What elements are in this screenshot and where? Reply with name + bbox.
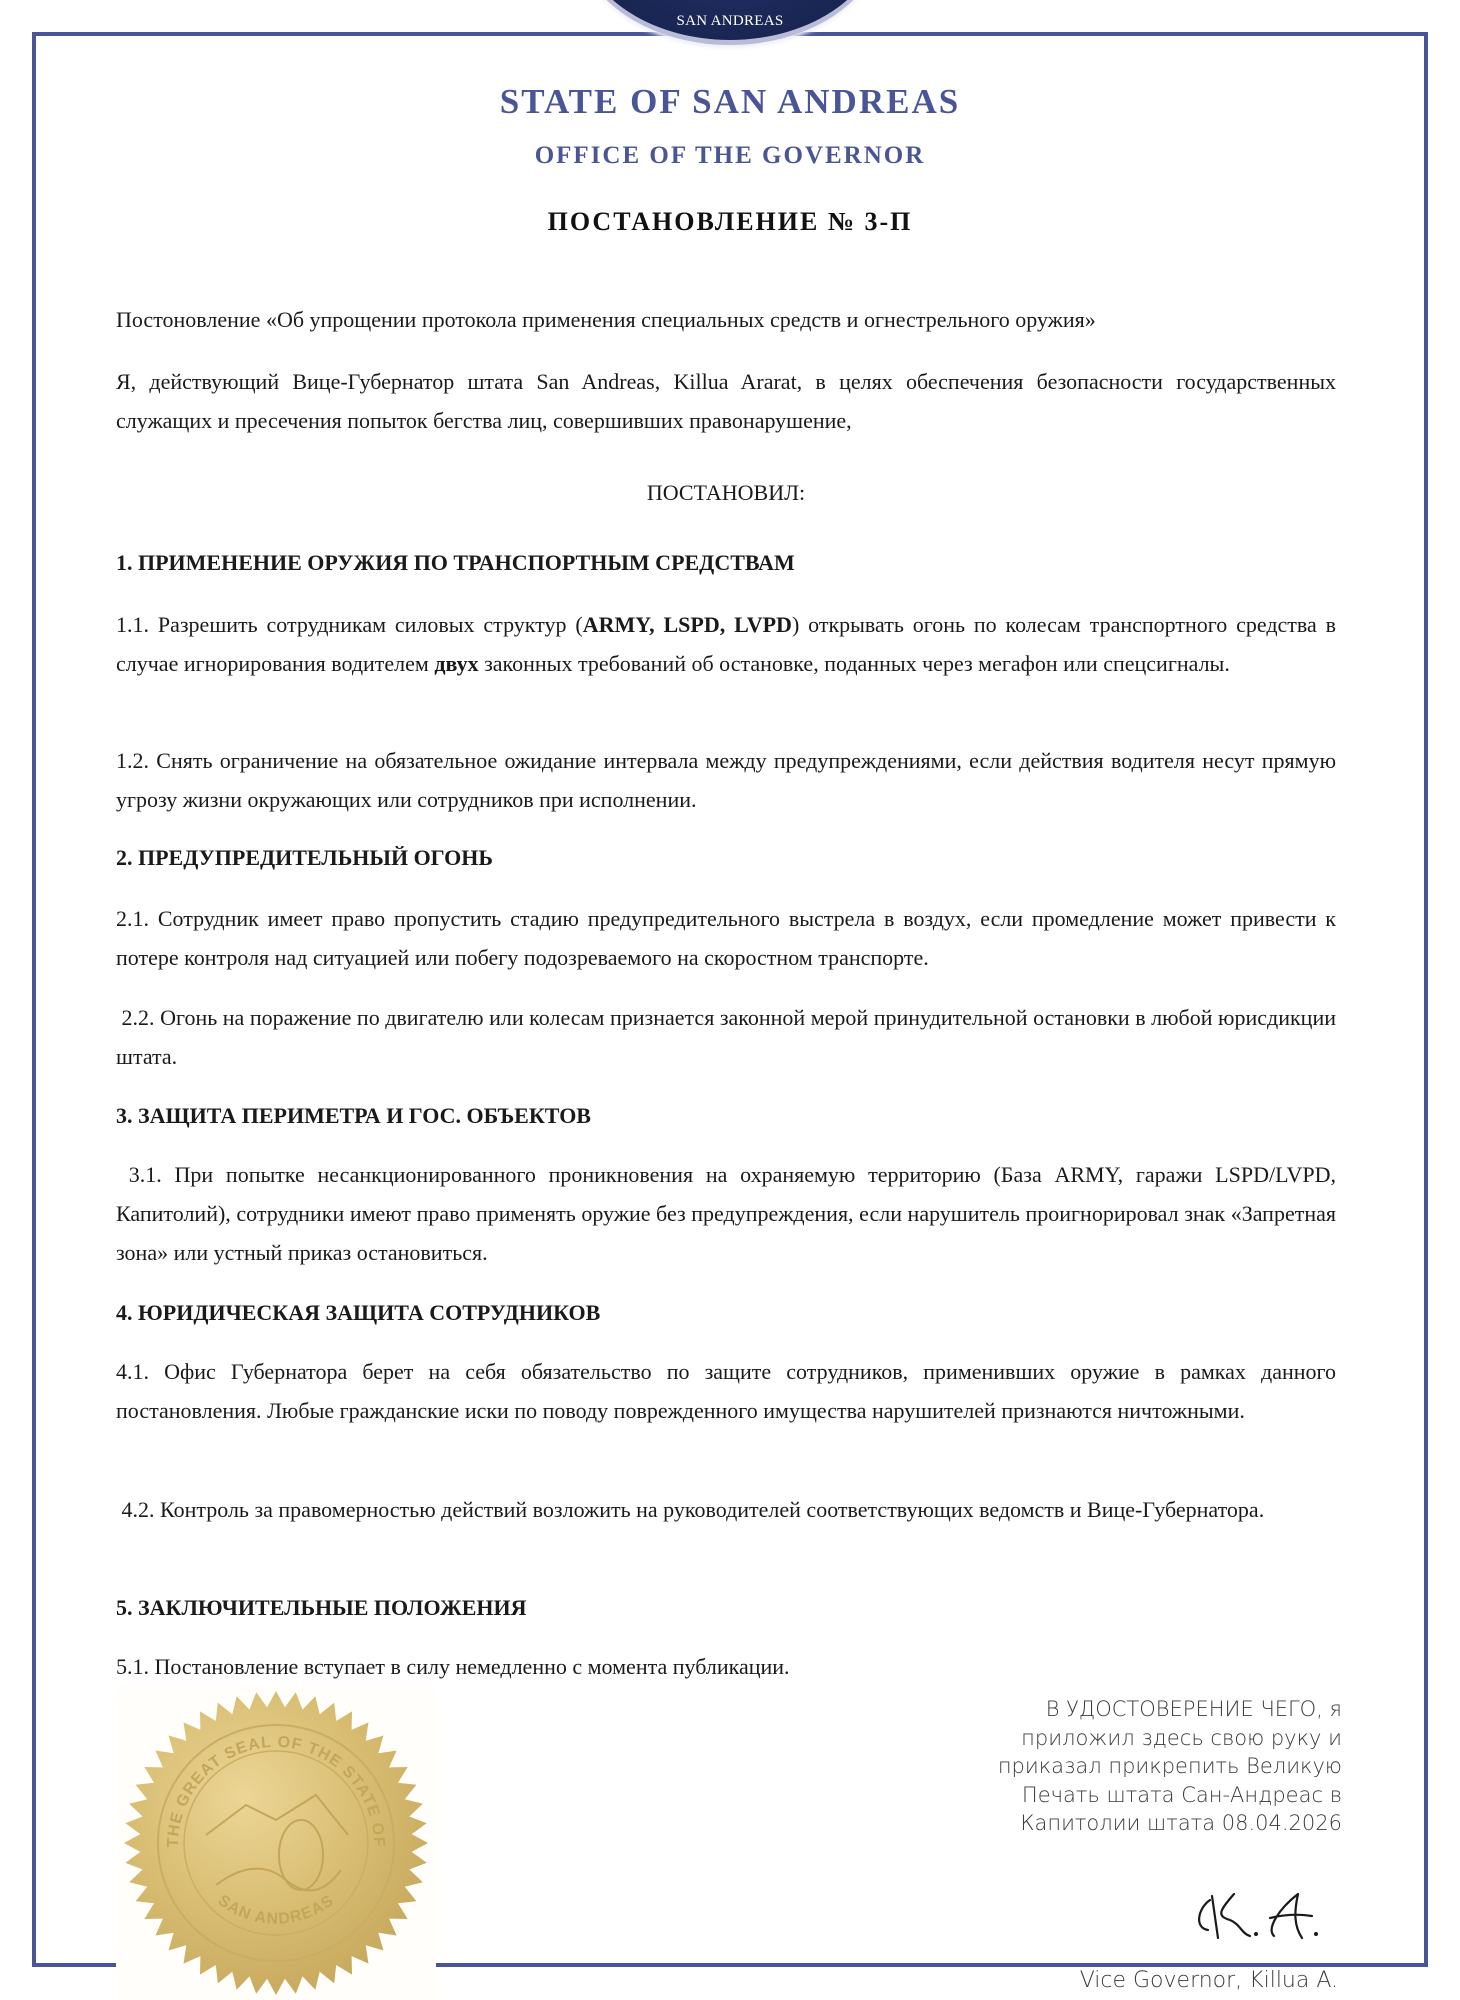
- signer-name: Vice Governor, Killua A.: [1074, 1968, 1338, 1993]
- clause-2-2: 2.2. Огонь на поражение по двигателю или…: [116, 998, 1336, 1076]
- section-heading-1: 1. ПРИМЕНЕНИЕ ОРУЖИЯ ПО ТРАНСПОРТНЫМ СРЕ…: [116, 543, 795, 582]
- clause-4-1: 4.1. Офис Губернатора берет на себя обяз…: [116, 1352, 1336, 1430]
- clause-bold-text: ARMY, LSPD, LVPD: [583, 612, 792, 637]
- clause-text: законных требований об остановке, поданн…: [479, 651, 1230, 676]
- section-heading-3: 3. ЗАЩИТА ПЕРИМЕТРА И ГОС. ОБЪЕКТОВ: [116, 1096, 591, 1135]
- clause-1-2: 1.2. Снять ограничение на обязательное о…: [116, 741, 1336, 819]
- decree-number: ПОСТАНОВЛЕНИЕ № 3-П: [0, 207, 1460, 237]
- emblem-label: SAN ANDREAS: [578, 13, 882, 30]
- attestation-text: В УДОСТОВЕРЕНИЕ ЧЕГО, я приложил здесь с…: [922, 1695, 1342, 1838]
- state-title: STATE OF SAN ANDREAS: [0, 82, 1460, 122]
- section-heading-4: 4. ЮРИДИЧЕСКАЯ ЗАЩИТА СОТРУДНИКОВ: [116, 1293, 600, 1332]
- clause-2-1: 2.1. Сотрудник имеет право пропустить ст…: [116, 899, 1336, 977]
- clause-3-1: 3.1. При попытке несанкционированного пр…: [116, 1155, 1336, 1272]
- decreed-label: ПОСТАНОВИЛ:: [116, 473, 1336, 512]
- clause-bold-text: двух: [434, 651, 478, 676]
- decree-subject: Постоновление «Об упрощении протокола пр…: [116, 300, 1336, 339]
- clause-text: 1.1. Разрешить сотрудникам силовых струк…: [116, 612, 583, 637]
- clause-5-1: 5.1. Постановление вступает в силу немед…: [116, 1647, 1336, 1686]
- section-heading-2: 2. ПРЕДУПРЕДИТЕЛЬНЫЙ ОГОНЬ: [116, 838, 493, 877]
- signature-icon: [1190, 1888, 1340, 1948]
- preamble: Я, действующий Вице-Губернатор штата San…: [116, 362, 1336, 440]
- clause-4-2: 4.2. Контроль за правомерностью действий…: [116, 1490, 1336, 1529]
- office-title: OFFICE OF THE GOVERNOR: [0, 142, 1460, 170]
- great-seal-icon: THE GREAT SEAL OF THE STATE OF SAN ANDRE…: [116, 1685, 436, 2000]
- section-heading-5: 5. ЗАКЛЮЧИТЕЛЬНЫЕ ПОЛОЖЕНИЯ: [116, 1588, 527, 1627]
- clause-1-1: 1.1. Разрешить сотрудникам силовых струк…: [116, 605, 1336, 683]
